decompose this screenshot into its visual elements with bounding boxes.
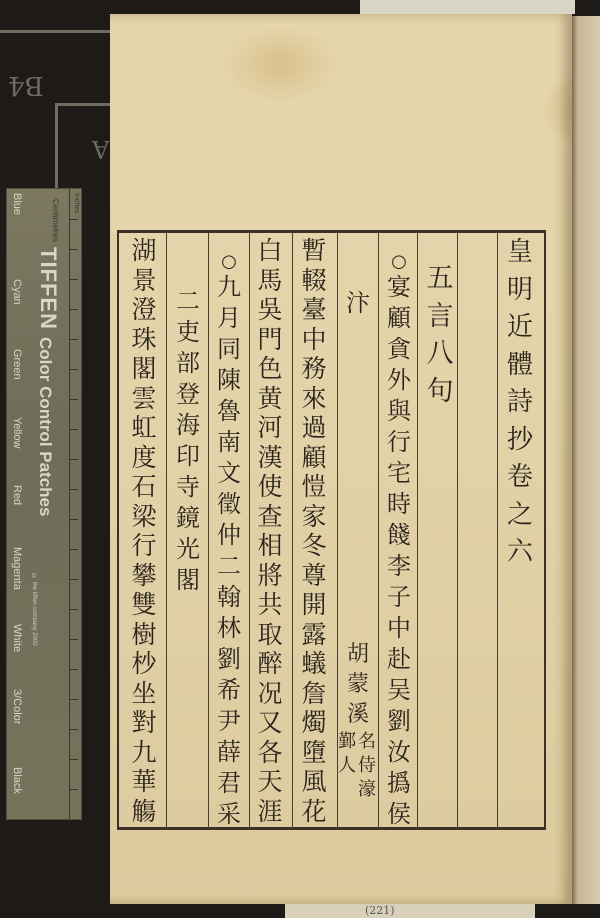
- char: 徵: [217, 489, 241, 520]
- char: 皇: [507, 234, 533, 272]
- background-guide-line: [0, 30, 110, 33]
- char: 攀: [131, 561, 156, 591]
- char: 明: [507, 272, 533, 310]
- char: 宴: [387, 272, 411, 303]
- char: 與: [387, 396, 411, 427]
- char: 句: [427, 373, 454, 411]
- strip-copyright: © the tiffen company 2000: [31, 574, 37, 646]
- char: 杪: [131, 649, 156, 679]
- char: 劉: [217, 644, 241, 675]
- char: 汝: [387, 737, 411, 768]
- char: 李: [387, 551, 411, 582]
- char: 部: [176, 348, 200, 379]
- patch-label: Red: [11, 485, 23, 505]
- char: 墮: [301, 738, 326, 768]
- strip-title: Color Control Patches: [35, 337, 55, 516]
- char: 來: [301, 384, 326, 414]
- char: 花: [301, 797, 326, 827]
- patch-label: Green: [11, 349, 23, 380]
- poem-title-column: ○ 九 月 同 陳 魯 南 文 徵 仲 二 翰 林 劉 希 尹 薛 君 采: [211, 252, 247, 830]
- char: 各: [257, 738, 282, 768]
- char: 輟: [301, 266, 326, 296]
- poem-title-column: ○ 宴 顧 貪 外 與 行 宅 時 餞 李 子 中 赴 吴 劉 汝 撝 侯: [381, 252, 417, 830]
- char: 閣: [131, 354, 156, 384]
- char: 梁: [131, 502, 156, 532]
- char: 外: [387, 365, 411, 396]
- top-paper-edge: [360, 0, 575, 14]
- char: 漢: [257, 443, 282, 473]
- char: 君: [217, 768, 241, 799]
- char: 子: [387, 582, 411, 613]
- char: 風: [301, 767, 326, 797]
- char: 林: [217, 613, 241, 644]
- char: 顧: [387, 303, 411, 334]
- char: 吳: [257, 295, 282, 325]
- circle-marker-icon: ○: [221, 252, 237, 272]
- background-mark: B4: [8, 70, 44, 100]
- patch-label: Yellow: [11, 417, 23, 448]
- author-column: 胡 蒙 溪: [340, 640, 376, 730]
- char: 尊: [301, 561, 326, 591]
- char: 侯: [387, 799, 411, 830]
- char: 光: [176, 534, 200, 565]
- char: 宅: [387, 458, 411, 489]
- char: 使: [257, 472, 282, 502]
- char: 采: [217, 799, 241, 830]
- column-rule: [378, 233, 379, 828]
- column-rule: [166, 233, 167, 828]
- char: 言: [427, 298, 454, 336]
- author-annotation: 鄞 人: [338, 730, 356, 778]
- char: 虹: [131, 413, 156, 443]
- char: 露: [301, 620, 326, 650]
- char: 月: [217, 303, 241, 334]
- char: 臺: [301, 295, 326, 325]
- char: 色: [257, 354, 282, 384]
- char: 九: [131, 738, 156, 768]
- char: 六: [507, 534, 533, 572]
- char: 抄: [507, 422, 533, 460]
- char: 海: [176, 410, 200, 441]
- char: 八: [427, 335, 454, 373]
- char: 華: [131, 767, 156, 797]
- char: 湖: [131, 236, 156, 266]
- char: 希: [217, 675, 241, 706]
- char: 查: [257, 502, 282, 532]
- char: 胡: [347, 640, 369, 670]
- char: 劉: [387, 706, 411, 737]
- char: 二: [176, 286, 200, 317]
- char: 之: [507, 497, 533, 535]
- poem-title-column: 二 吏 部 登 海 印 寺 鏡 光 閣: [170, 286, 206, 596]
- char: 中: [301, 325, 326, 355]
- adjacent-page-edge: [572, 16, 600, 904]
- author-annotation: 名 侍 濠: [358, 730, 376, 802]
- char: 登: [176, 379, 200, 410]
- char: 名: [358, 730, 376, 754]
- char: 吏: [176, 317, 200, 348]
- char: 溪: [347, 700, 369, 730]
- char: 家: [301, 502, 326, 532]
- strip-scale-label-cm: Centimetres: [51, 199, 60, 242]
- patch-label: White: [11, 624, 23, 652]
- char: 近: [507, 309, 533, 347]
- char: 馬: [257, 266, 282, 296]
- char: 河: [257, 413, 282, 443]
- char: 坐: [131, 679, 156, 709]
- patch-label: Black: [11, 767, 23, 794]
- char: 觴: [131, 797, 156, 827]
- char: 尹: [217, 706, 241, 737]
- char: 九: [217, 272, 241, 303]
- char: 行: [131, 531, 156, 561]
- patch-label: 3/Color: [11, 689, 23, 724]
- char: 體: [507, 347, 533, 385]
- place-note-column: 汴: [340, 285, 376, 323]
- poem-text-column: 湖 景 澄 珠 閣 雲 虹 度 石 梁 行 攀 雙 樹 杪 坐 對 九 華 觴: [126, 236, 162, 826]
- char: 吴: [387, 675, 411, 706]
- char: 魯: [217, 396, 241, 427]
- char: 門: [257, 325, 282, 355]
- char: 珠: [131, 325, 156, 355]
- char: 將: [257, 561, 282, 591]
- char: 蟻: [301, 649, 326, 679]
- char: 景: [131, 266, 156, 296]
- column-rule: [497, 233, 498, 828]
- char: 澄: [131, 295, 156, 325]
- char: 陳: [217, 365, 241, 396]
- background-mark: A: [92, 135, 109, 163]
- char: 時: [387, 489, 411, 520]
- char: 閣: [176, 565, 200, 596]
- char: 况: [257, 679, 282, 709]
- char: 相: [257, 531, 282, 561]
- background-guide-line: [55, 103, 110, 106]
- char: 行: [387, 427, 411, 458]
- char: 人: [338, 754, 356, 778]
- char: 雲: [131, 384, 156, 414]
- char: 天: [257, 767, 282, 797]
- patch-label: Blue: [11, 193, 23, 215]
- char: 卷: [507, 459, 533, 497]
- char: 寺: [176, 472, 200, 503]
- char: 石: [131, 472, 156, 502]
- char: 南: [217, 427, 241, 458]
- char: 度: [131, 443, 156, 473]
- char: 同: [217, 334, 241, 365]
- patch-label: Cyan: [11, 279, 23, 305]
- char: 餞: [387, 520, 411, 551]
- char: 薛: [217, 737, 241, 768]
- char: 五: [427, 260, 454, 298]
- char: 愷: [301, 472, 326, 502]
- char: 貪: [387, 334, 411, 365]
- char: 侍: [358, 754, 376, 778]
- poem-text-column: 白 馬 吳 門 色 黄 河 漢 使 查 相 將 共 取 醉 况 又 各 天 涯: [252, 236, 288, 826]
- ruler-scale: [69, 189, 84, 821]
- char: 樹: [131, 620, 156, 650]
- char: 汴: [346, 285, 370, 323]
- char: 詩: [507, 384, 533, 422]
- strip-brand: TIFFEN: [35, 247, 61, 330]
- char: 仲: [217, 520, 241, 551]
- char: 文: [217, 458, 241, 489]
- char: 又: [257, 708, 282, 738]
- char: 取: [257, 620, 282, 650]
- char: 共: [257, 590, 282, 620]
- char: 務: [301, 354, 326, 384]
- char: 蒙: [347, 670, 369, 700]
- char: 黄: [257, 384, 282, 414]
- char: 對: [131, 708, 156, 738]
- char: 醉: [257, 649, 282, 679]
- patch-label: Magenta: [11, 547, 23, 590]
- char: 開: [301, 590, 326, 620]
- char: 冬: [301, 531, 326, 561]
- background-guide-line: [55, 103, 58, 188]
- char: 翰: [217, 582, 241, 613]
- column-rule: [208, 233, 209, 828]
- char: 二: [217, 551, 241, 582]
- char: 中: [387, 613, 411, 644]
- column-rule: [417, 233, 418, 828]
- section-heading-column: 五 言 八 句: [422, 260, 458, 410]
- char: 鄞: [338, 730, 356, 754]
- char: 詹: [301, 679, 326, 709]
- char: 印: [176, 441, 200, 472]
- char: 雙: [131, 590, 156, 620]
- bottom-tag: (221): [285, 903, 535, 918]
- column-rule: [292, 233, 293, 828]
- char: 顧: [301, 443, 326, 473]
- char: 涯: [257, 797, 282, 827]
- color-control-strip: TIFFEN Color Control Patches Centimetres…: [6, 188, 82, 820]
- char: 白: [257, 236, 282, 266]
- poem-text-column: 暫 輟 臺 中 務 來 過 顧 愷 家 冬 尊 開 露 蟻 詹 燭 墮 風 花: [296, 236, 332, 826]
- char: 赴: [387, 644, 411, 675]
- char: 燭: [301, 708, 326, 738]
- circle-marker-icon: ○: [391, 252, 407, 272]
- char: 過: [301, 413, 326, 443]
- char: 鏡: [176, 503, 200, 534]
- book-title-column: 皇 明 近 體 詩 抄 卷 之 六: [502, 234, 538, 572]
- char: 撝: [387, 768, 411, 799]
- char: 暫: [301, 236, 326, 266]
- char: 濠: [358, 778, 376, 802]
- column-rule: [249, 233, 250, 828]
